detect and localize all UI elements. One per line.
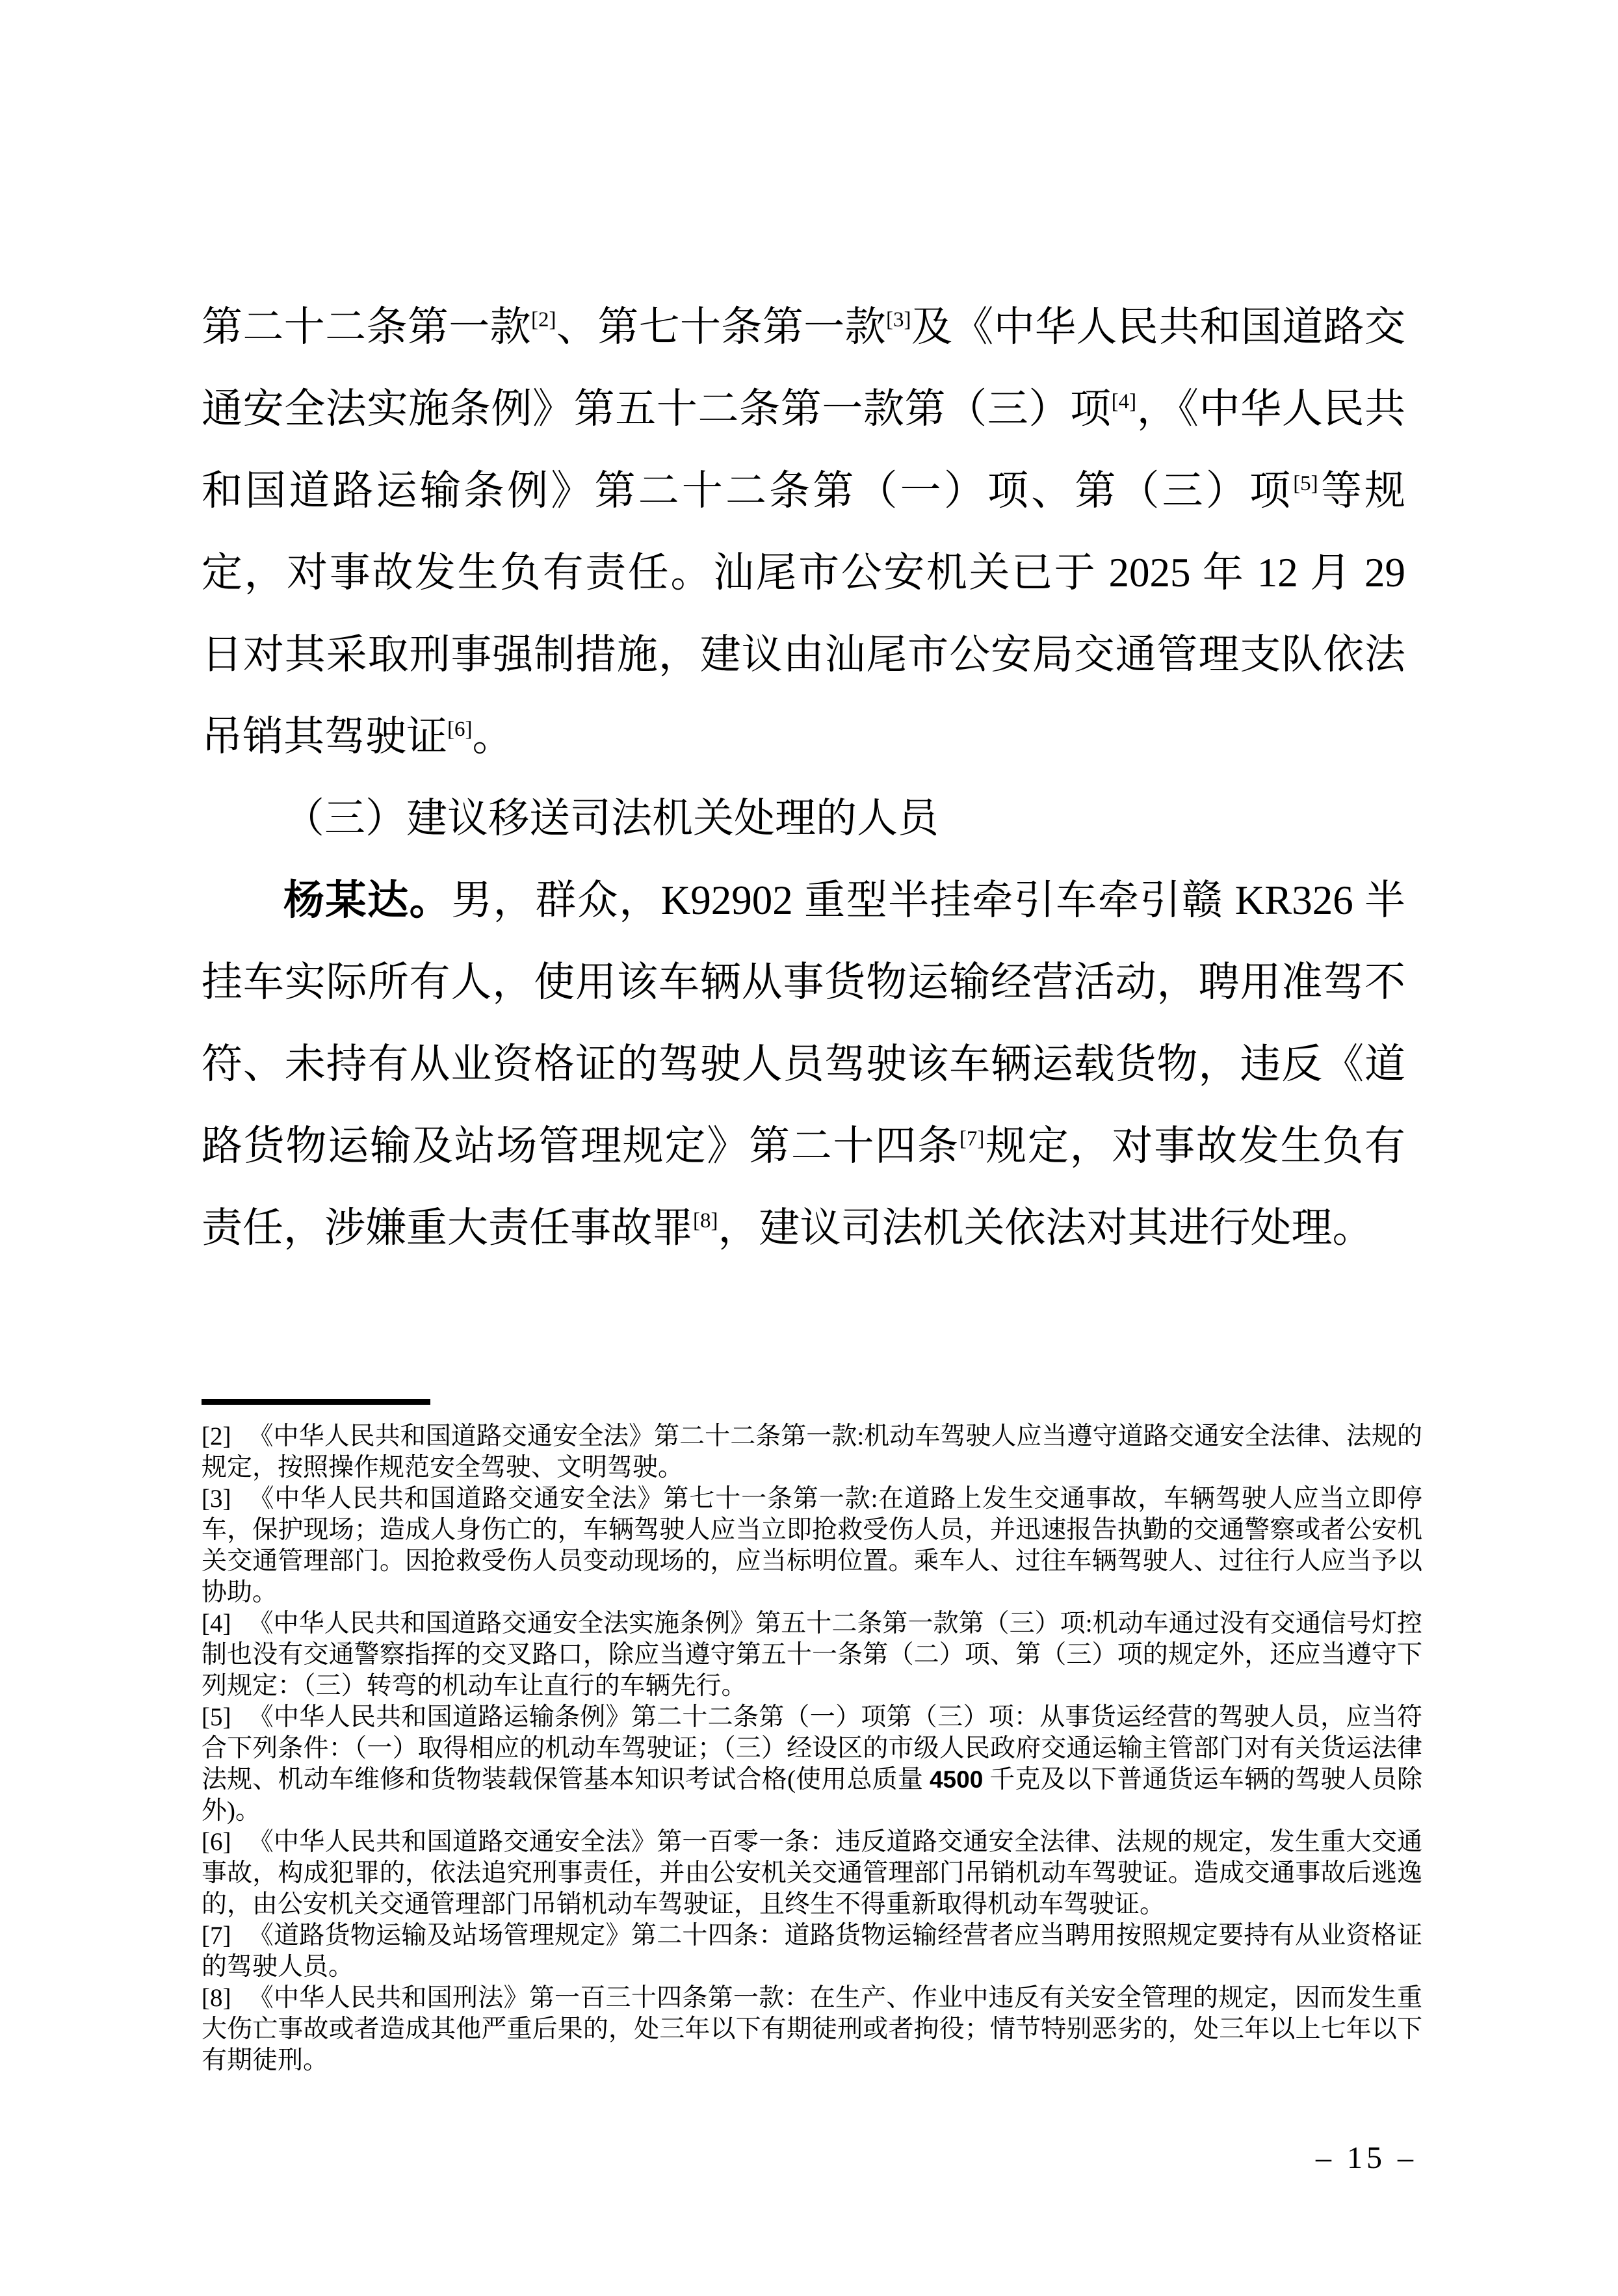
- text-run: ，建议司法机关依法对其进行处理。: [718, 1205, 1373, 1251]
- text-run: 。: [472, 714, 513, 759]
- footnote-text: 《中华人民共和国道路交通安全法》第一百零一条：违反道路交通安全法律、法规的规定，…: [202, 1828, 1422, 1918]
- footnote-item-3: [3]《中华人民共和国道路交通安全法》第七十一条第一款:在道路上发生交通事故，车…: [202, 1483, 1422, 1608]
- page-number: – 15 –: [1316, 2140, 1417, 2176]
- section-heading: （三）建议移送司法机关处理的人员: [202, 777, 1405, 859]
- paragraph-yang-mouda: 杨某达。男，群众，K92902 重型半挂牵引车牵引赣 KR326 半挂车实际所有…: [202, 859, 1405, 1269]
- footnote-ref-5: [5]: [1293, 472, 1318, 495]
- footnote-text: 《中华人民共和国道路交通安全法》第二十二条第一款:机动车驾驶人应当遵守道路交通安…: [202, 1422, 1422, 1481]
- footnote-ref-2: [2]: [531, 308, 556, 332]
- document-page: 第二十二条第一款[2]、第七十条第一款[3]及《中华人民共和国道路交通安全法实施…: [0, 0, 1618, 2296]
- paragraph-legal-basis: 第二十二条第一款[2]、第七十条第一款[3]及《中华人民共和国道路交通安全法实施…: [202, 286, 1405, 777]
- footnote-text: 《中华人民共和国刑法》第一百三十四条第一款：在生产、作业中违反有关安全管理的规定…: [202, 1984, 1422, 2074]
- footnote-ref-3: [3]: [886, 308, 911, 332]
- footnote-item-2: [2]《中华人民共和国道路交通安全法》第二十二条第一款:机动车驾驶人应当遵守道路…: [202, 1421, 1422, 1483]
- footnote-ref-4: [4]: [1112, 390, 1136, 413]
- footnote-text: 《中华人民共和国道路交通安全法》第七十一条第一款:在道路上发生交通事故，车辆驾驶…: [202, 1485, 1422, 1606]
- footnote-item-8: [8]《中华人民共和国刑法》第一百三十四条第一款：在生产、作业中违反有关安全管理…: [202, 1983, 1422, 2076]
- text-run: 第二十二条第一款: [202, 304, 531, 350]
- footnote-marker: [7]: [202, 1922, 231, 1950]
- footnote-marker: [2]: [202, 1422, 231, 1450]
- footnote-item-6: [6]《中华人民共和国道路交通安全法》第一百零一条：违反道路交通安全法律、法规的…: [202, 1827, 1422, 1920]
- footnote-ref-7: [7]: [959, 1127, 984, 1151]
- footnote-ref-8: [8]: [693, 1209, 718, 1233]
- footnote-marker: [3]: [202, 1485, 231, 1513]
- footnote-item-7: [7]《道路货物运输及站场管理规定》第二十四条：道路货物运输经营者应当聘用按照规…: [202, 1920, 1422, 1983]
- footnote-item-4: [4]《中华人民共和国道路交通安全法实施条例》第五十二条第一款第（三）项:机动车…: [202, 1608, 1422, 1702]
- footnote-marker: [8]: [202, 1984, 231, 2012]
- footnotes-section: [2]《中华人民共和国道路交通安全法》第二十二条第一款:机动车驾驶人应当遵守道路…: [202, 1421, 1422, 2076]
- person-name: 杨某达。: [283, 878, 451, 923]
- body-text: 第二十二条第一款[2]、第七十条第一款[3]及《中华人民共和国道路交通安全法实施…: [202, 286, 1405, 1269]
- text-run: 、第七十条第一款: [556, 304, 886, 350]
- footnote-item-5: [5]《中华人民共和国道路运输条例》第二十二条第（一）项第（三）项：从事货运经营…: [202, 1702, 1422, 1827]
- weight-value: 4500: [930, 1766, 983, 1793]
- footnote-marker: [6]: [202, 1828, 231, 1856]
- footnote-marker: [5]: [202, 1703, 231, 1731]
- footnote-ref-6: [6]: [447, 718, 472, 741]
- footnote-text: 《中华人民共和国道路交通安全法实施条例》第五十二条第一款第（三）项:机动车通过没…: [202, 1610, 1422, 1700]
- footnote-text: 《道路货物运输及站场管理规定》第二十四条：道路货物运输经营者应当聘用按照规定要持…: [202, 1922, 1422, 1981]
- footnote-separator: [202, 1399, 430, 1405]
- footnote-marker: [4]: [202, 1610, 231, 1637]
